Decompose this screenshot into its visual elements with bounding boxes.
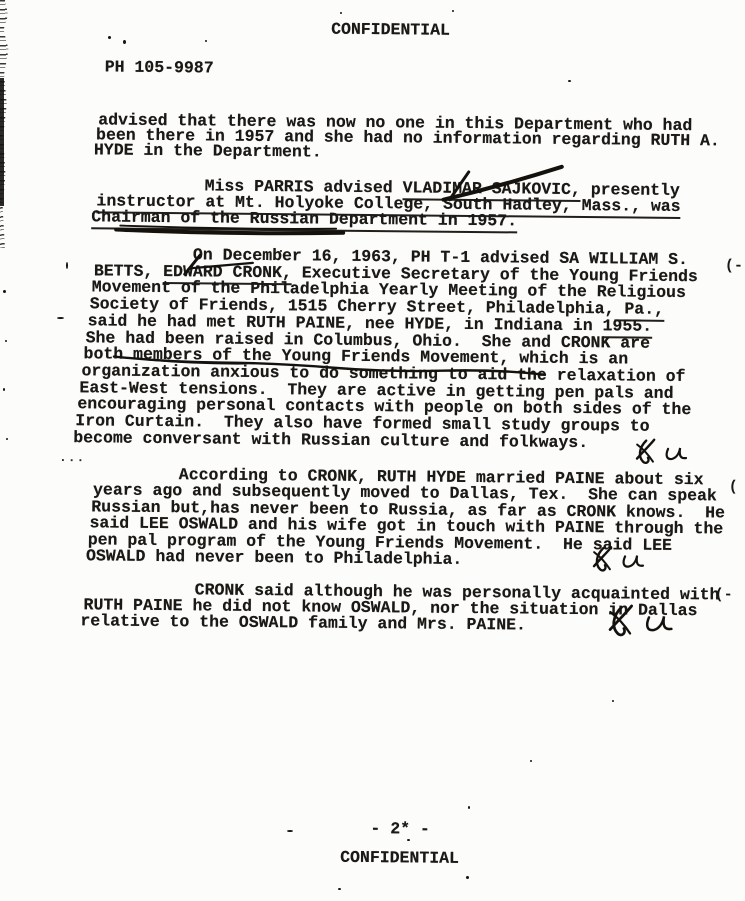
checkmark-over-cronk-icon [185, 255, 253, 275]
scanned-document-page: CONFIDENTIAL PH 105-9987 advised that th… [0, 0, 745, 901]
handwritten-pen-marks [0, 0, 745, 901]
initials-after-folkways-icon [637, 440, 686, 464]
pen-underline-russian-dept-icon [116, 226, 343, 234]
initials-after-philadelphia-icon [594, 547, 643, 571]
initials-after-paine-icon [610, 606, 672, 636]
pen-underline-young-friends-icon [114, 357, 545, 375]
document-content: CONFIDENTIAL PH 105-9987 advised that th… [0, 0, 745, 901]
checkmark-over-sajkovic-icon [443, 166, 561, 201]
